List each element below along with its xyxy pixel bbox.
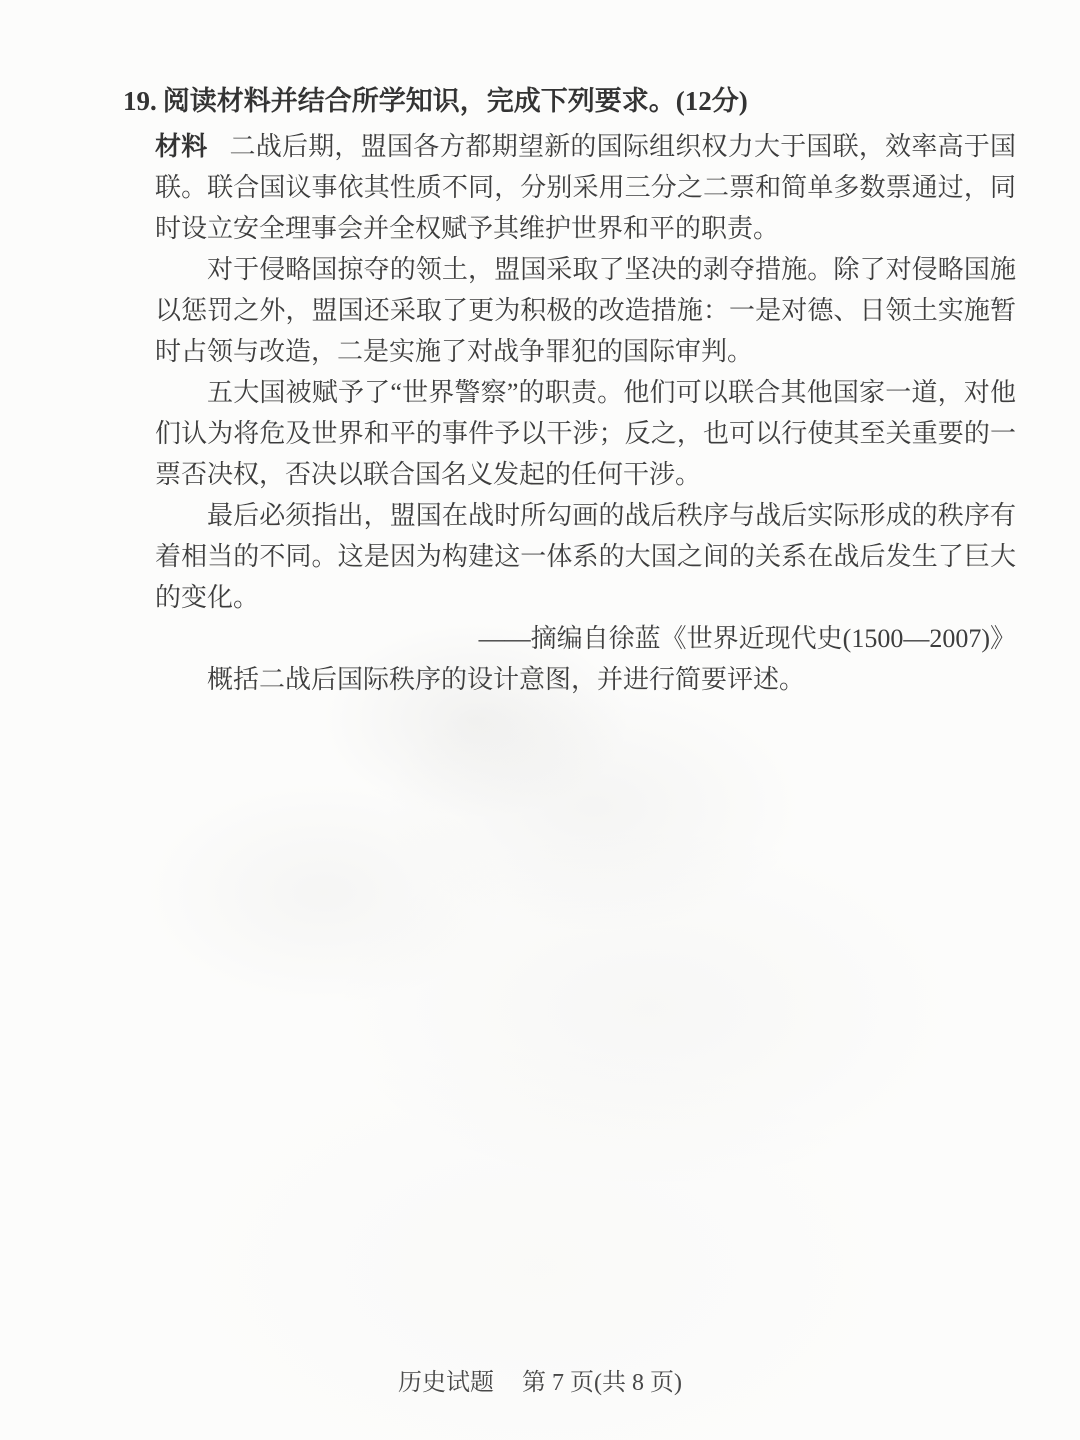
question-task: 概括二战后国际秩序的设计意图，并进行简要评述。 bbox=[155, 659, 1016, 700]
material-paragraph-1: 材料二战后期，盟国各方都期望新的国际组织权力大于国联，效率高于国联。联合国议事依… bbox=[155, 126, 1016, 249]
material-paragraph-3: 五大国被赋予了“世界警察”的职责。他们可以联合其他国家一道，对他们认为将危及世界… bbox=[155, 372, 1016, 495]
question-19: 19.阅读材料并结合所学知识，完成下列要求。(12分) 材料二战后期，盟国各方都… bbox=[123, 80, 1016, 700]
footer-doc-title: 历史试题 bbox=[398, 1370, 494, 1396]
material-source-citation: ——摘编自徐蓝《世界近现代史(1500—2007)》 bbox=[155, 618, 1016, 659]
page-footer: 历史试题第 7 页(共 8 页) bbox=[0, 1362, 1080, 1397]
footer-page-number: 第 7 页(共 8 页) bbox=[522, 1370, 682, 1396]
material-paragraph-1-text: 二战后期，盟国各方都期望新的国际组织权力大于国联，效率高于国联。联合国议事依其性… bbox=[155, 132, 1016, 243]
question-intro: 阅读材料并结合所学知识，完成下列要求。(12分) bbox=[163, 86, 748, 116]
material-label: 材料 bbox=[155, 132, 207, 161]
question-number: 19. bbox=[123, 86, 157, 116]
material-section: 材料二战后期，盟国各方都期望新的国际组织权力大于国联，效率高于国联。联合国议事依… bbox=[155, 126, 1016, 700]
material-paragraph-2: 对于侵略国掠夺的领土，盟国采取了坚决的剥夺措施。除了对侵略国施以惩罚之外，盟国还… bbox=[155, 249, 1016, 372]
question-heading: 19.阅读材料并结合所学知识，完成下列要求。(12分) bbox=[123, 80, 1016, 122]
exam-page: 19.阅读材料并结合所学知识，完成下列要求。(12分) 材料二战后期，盟国各方都… bbox=[0, 0, 1080, 1440]
material-paragraph-4: 最后必须指出，盟国在战时所勾画的战后秩序与战后实际形成的秩序有着相当的不同。这是… bbox=[155, 495, 1016, 618]
